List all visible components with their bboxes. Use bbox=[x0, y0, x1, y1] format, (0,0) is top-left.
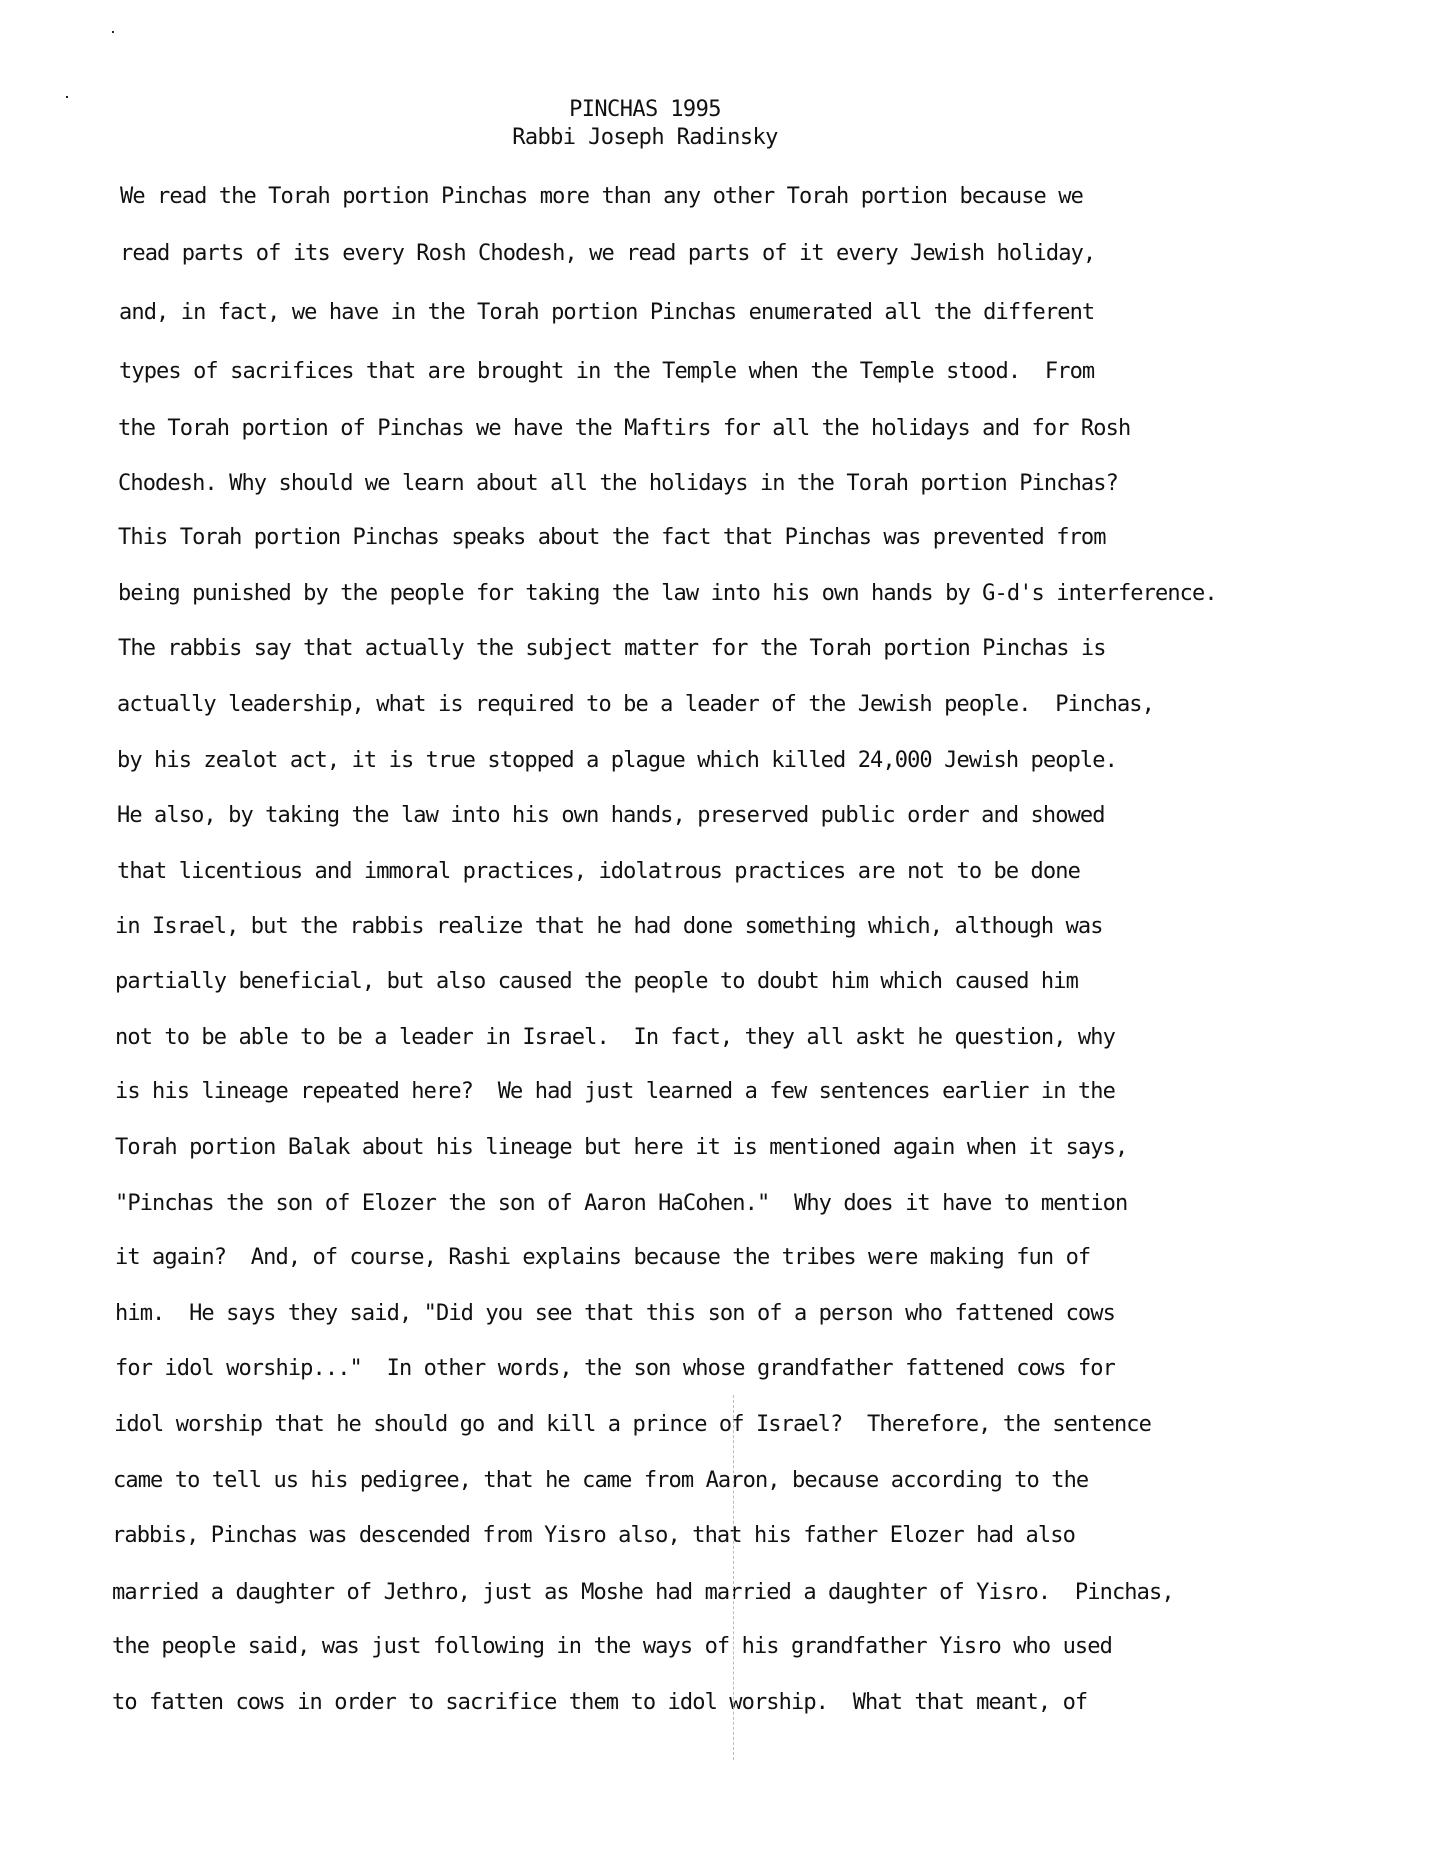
body-line: and, in fact, we have in the Torah porti… bbox=[119, 300, 1094, 326]
body-line: rabbis, Pinchas was descended from Yisro… bbox=[112, 1523, 1075, 1549]
document-title: PINCHAS 1995 bbox=[0, 97, 1290, 123]
scan-speck bbox=[112, 31, 114, 33]
body-line: to fatten cows in order to sacrifice the… bbox=[112, 1690, 1087, 1716]
body-line: partially beneficial, but also caused th… bbox=[115, 969, 1078, 995]
body-line: him. He says they said, "Did you see tha… bbox=[115, 1301, 1115, 1327]
body-line: read parts of its every Rosh Chodesh, we… bbox=[120, 241, 1095, 267]
body-line: actually leadership, what is required to… bbox=[117, 692, 1154, 718]
body-line: the people said, was just following in t… bbox=[112, 1634, 1112, 1660]
body-line: came to tell us his pedigree, that he ca… bbox=[113, 1468, 1088, 1494]
body-line: by his zealot act, it is true stopped a … bbox=[117, 748, 1117, 774]
body-line: This Torah portion Pinchas speaks about … bbox=[118, 525, 1106, 551]
body-line: not to be able to be a leader in Israel.… bbox=[115, 1025, 1115, 1051]
body-line: it again? And, of course, Rashi explains… bbox=[115, 1245, 1090, 1271]
body-line: idol worship that he should go and kill … bbox=[114, 1412, 1151, 1438]
body-line: We read the Torah portion Pinchas more t… bbox=[120, 184, 1083, 210]
body-line: Chodesh. Why should we learn about all t… bbox=[118, 471, 1118, 497]
body-line: being punished by the people for taking … bbox=[118, 581, 1217, 607]
body-line: Torah portion Balak about his lineage bu… bbox=[115, 1135, 1127, 1161]
body-line: in Israel, but the rabbis realize that h… bbox=[115, 914, 1103, 940]
body-line: for idol worship..." In other words, the… bbox=[115, 1356, 1115, 1382]
body-line: the Torah portion of Pinchas we have the… bbox=[118, 416, 1130, 442]
scan-fold-line bbox=[733, 1395, 734, 1760]
body-line: "Pinchas the son of Elozer the son of Aa… bbox=[115, 1191, 1127, 1217]
body-line: He also, by taking the law into his own … bbox=[117, 803, 1105, 829]
document-page: PINCHAS 1995 Rabbi Joseph Radinsky We re… bbox=[0, 0, 1430, 1851]
document-author: Rabbi Joseph Radinsky bbox=[0, 125, 1290, 151]
body-line: is his lineage repeated here? We had jus… bbox=[115, 1079, 1115, 1105]
body-line: married a daughter of Jethro, just as Mo… bbox=[112, 1580, 1174, 1606]
body-line: types of sacrifices that are brought in … bbox=[119, 359, 1094, 385]
body-line: that licentious and immoral practices, i… bbox=[117, 859, 1080, 885]
body-line: The rabbis say that actually the subject… bbox=[118, 636, 1106, 662]
